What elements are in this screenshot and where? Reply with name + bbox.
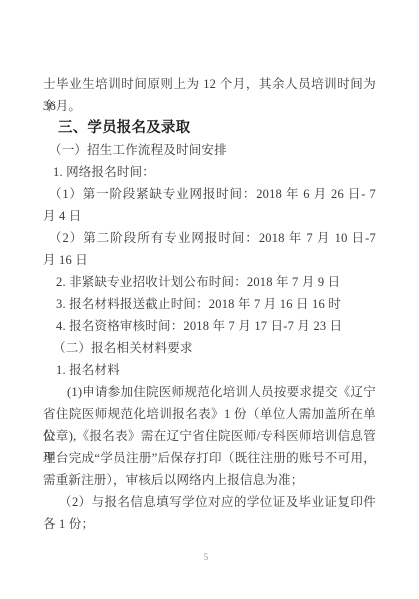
document-line: 1. 报名材料 bbox=[43, 359, 376, 381]
document-line: 3. 报名材料报送截止时间：2018 年 7 月 16 日 16 时 bbox=[43, 293, 376, 315]
document-line: （二）报名相关材料要求 bbox=[43, 337, 376, 359]
document-line: （2）与报名信息填写学位对应的学位证及毕业证复印件 bbox=[43, 491, 376, 513]
document-line: 个月。 bbox=[43, 95, 376, 117]
document-line: 2. 非紧缺专业招收计划公布时间：2018 年 7 月 9 日 bbox=[43, 271, 376, 293]
document-line: （2）第二阶段所有专业网报时间：2018 年 7 月 10 日-7 bbox=[43, 227, 376, 249]
document-line: 省住院医师规范化培训报名表》1 份（单位人需加盖所在单位 bbox=[43, 403, 376, 425]
document-line: 1. 网络报名时间： bbox=[43, 161, 376, 183]
document-line: 士毕业生培训时间原则上为 12 个月，其余人员培训时间为 36 bbox=[43, 73, 376, 95]
document-text-block: 士毕业生培训时间原则上为 12 个月，其余人员培训时间为 36个月。三、学员报名… bbox=[43, 73, 376, 535]
document-line: 公章),《报名表》需在辽宁省住院医师/专科医师培训信息管理 bbox=[43, 425, 376, 447]
document-line: (1)申请参加住院医师规范化培训人员按要求提交《辽宁 bbox=[43, 381, 376, 403]
document-page: 士毕业生培训时间原则上为 12 个月，其余人员培训时间为 36个月。三、学员报名… bbox=[0, 0, 419, 599]
document-line: 4. 报名资格审核时间：2018 年 7 月 17 日-7 月 23 日 bbox=[43, 315, 376, 337]
document-line: （1）第一阶段紧缺专业网报时间：2018 年 6 月 26 日- 7 bbox=[43, 183, 376, 205]
document-line: 各 1 份； bbox=[43, 513, 376, 535]
document-line: 需重新注册），审核后以网络内上报信息为准； bbox=[43, 469, 376, 491]
document-line: 平台完成“学员注册”后保存打印（既往注册的账号不可用， bbox=[43, 447, 376, 469]
document-line: 三、学员报名及录取 bbox=[43, 117, 376, 139]
document-line: 月 4 日 bbox=[43, 205, 376, 227]
document-line: 月 16 日 bbox=[43, 249, 376, 271]
page-number: 5 bbox=[0, 552, 412, 562]
document-line: （一）招生工作流程及时间安排 bbox=[43, 139, 376, 161]
